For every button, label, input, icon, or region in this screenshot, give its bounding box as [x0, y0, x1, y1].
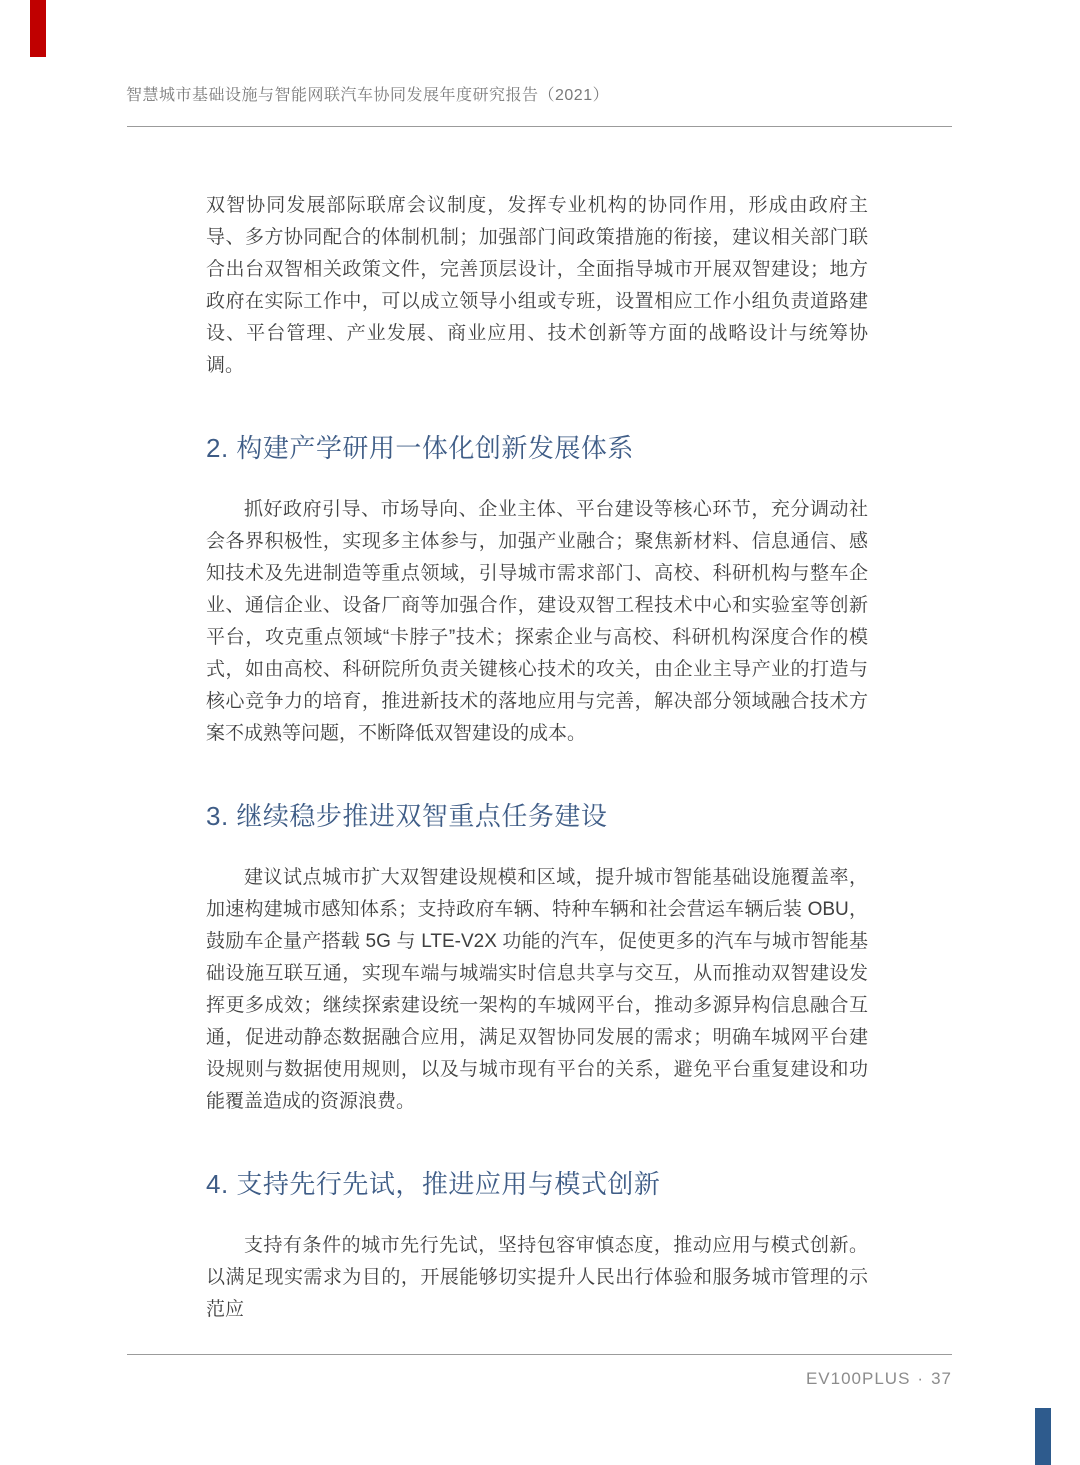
- footer-page-number: 37: [931, 1369, 952, 1388]
- footer-pagination: EV100PLUS·37: [806, 1368, 952, 1390]
- footer-brand: EV100PLUS: [806, 1369, 910, 1388]
- section-heading-4: 4. 支持先行先试，推进应用与模式创新: [206, 1166, 868, 1202]
- body-paragraph-section-2: 抓好政府引导、市场导向、企业主体、平台建设等核心环节，充分调动社会各界积极性，实…: [206, 494, 868, 750]
- section-heading-3: 3. 继续稳步推进双智重点任务建设: [206, 798, 868, 834]
- body-paragraph-section-3: 建议试点城市扩大双智建设规模和区域，提升城市智能基础设施覆盖率，加速构建城市感知…: [206, 862, 868, 1118]
- page-corner-tab-red: [30, 0, 46, 57]
- page-body: 双智协同发展部际联席会议制度，发挥专业机构的协同作用，形成由政府主导、多方协同配…: [206, 190, 868, 1326]
- running-header-title: 智慧城市基础设施与智能网联汽车协同发展年度研究报告（2021）: [126, 86, 946, 106]
- body-paragraph-continuation: 双智协同发展部际联席会议制度，发挥专业机构的协同作用，形成由政府主导、多方协同配…: [206, 190, 868, 382]
- page-corner-tab-blue: [1035, 1408, 1051, 1465]
- footer-separator: ·: [910, 1369, 931, 1388]
- report-page: 智慧城市基础设施与智能网联汽车协同发展年度研究报告（2021） 双智协同发展部际…: [0, 0, 1080, 1465]
- body-paragraph-section-4: 支持有条件的城市先行先试，坚持包容审慎态度，推动应用与模式创新。以满足现实需求为…: [206, 1230, 868, 1326]
- footer-divider: [127, 1354, 952, 1355]
- header-divider: [127, 126, 952, 127]
- section-heading-2: 2. 构建产学研用一体化创新发展体系: [206, 430, 868, 466]
